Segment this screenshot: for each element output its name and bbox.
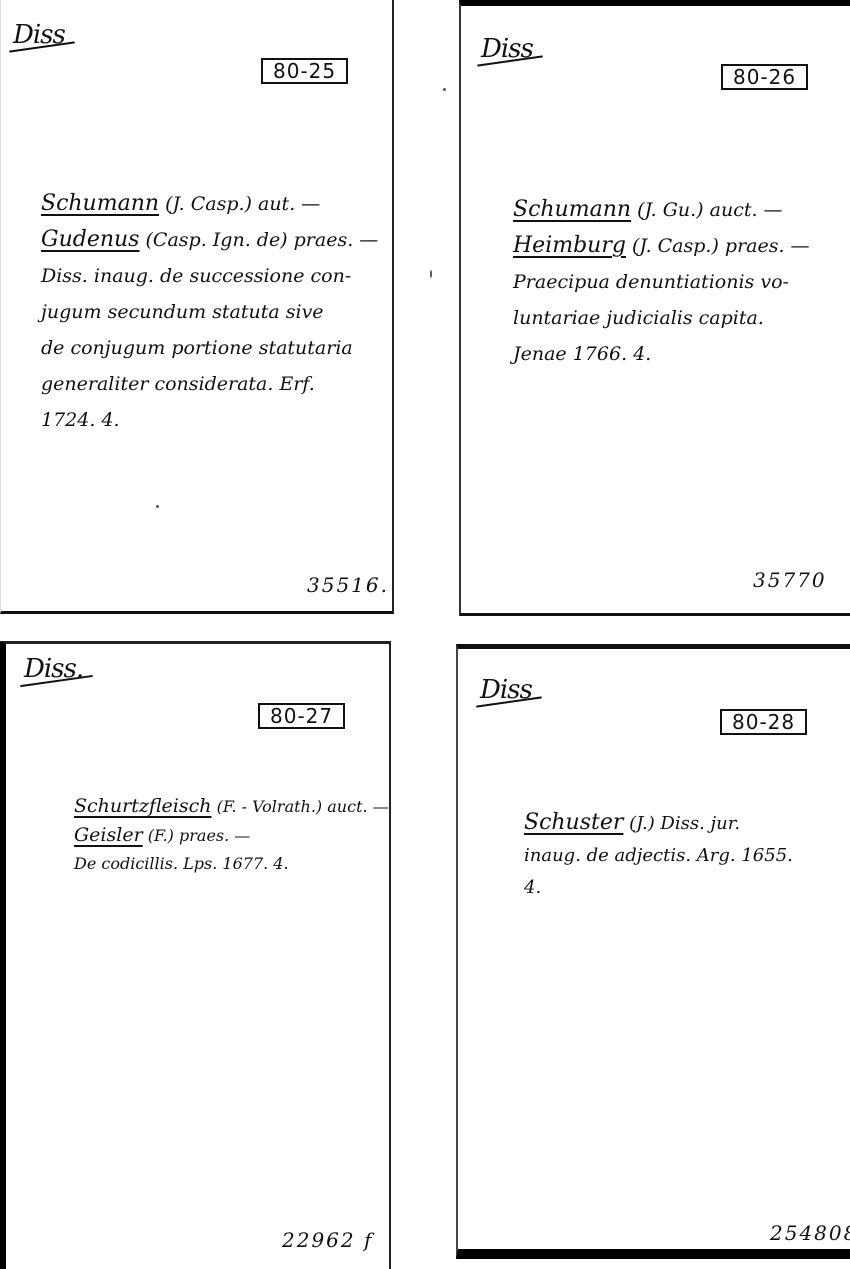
entry-line: Gudenus (Casp. Ign. de) praes. — — [41, 222, 378, 258]
catalog-card: Diss. 80-27 Schurtzfleisch (F. - Volrath… — [0, 641, 391, 1269]
entry-line: de conjugum portione statutaria — [41, 330, 378, 366]
accession-number: 35516. — [307, 573, 389, 597]
catalog-card: Diss 80-25 Schumann (J. Casp.) aut. — Gu… — [0, 0, 394, 614]
catalog-entry: Schumann (J. Casp.) aut. — Gudenus (Casp… — [41, 186, 378, 438]
call-number: 80-28 — [720, 709, 807, 735]
paper-speck — [443, 88, 446, 91]
diss-label: Diss — [481, 34, 533, 64]
praeses-name: Heimburg — [513, 233, 626, 258]
praeses-name: Geisler — [74, 824, 143, 846]
paper-speck — [430, 270, 432, 278]
author-name: Schumann — [513, 197, 631, 222]
entry-line: Schurtzfleisch (F. - Volrath.) auct. — — [74, 792, 389, 821]
diss-label: Diss — [13, 20, 65, 50]
entry-line: Schumann (J. Casp.) aut. — — [41, 186, 378, 222]
entry-line: Praecipua denuntiationis vo- — [513, 264, 810, 300]
entry-line: Jenae 1766. 4. — [513, 336, 810, 372]
entry-line: Schuster (J.) Diss. jur. — [524, 807, 793, 840]
accession-number: 35770 — [753, 568, 827, 592]
entry-line: inaug. de adjectis. Arg. 1655. — [524, 840, 793, 872]
entry-line: 4. — [524, 872, 793, 904]
call-number: 80-27 — [258, 703, 345, 729]
entry-line: Schumann (J. Gu.) auct. — — [513, 192, 810, 228]
diss-label: Diss. — [24, 654, 83, 684]
catalog-entry: Schumann (J. Gu.) auct. — Heimburg (J. C… — [513, 192, 810, 372]
author-name: Schumann — [41, 191, 159, 216]
entry-line: Geisler (F.) praes. — — [74, 821, 389, 850]
accession-number: 254808 — [770, 1221, 850, 1245]
entry-line: 1724. 4. — [41, 402, 378, 438]
catalog-entry: Schurtzfleisch (F. - Volrath.) auct. — G… — [74, 792, 389, 878]
catalog-card: Diss 80-28 Schuster (J.) Diss. jur. inau… — [456, 644, 850, 1259]
entry-line: generaliter considerata. Erf. — [41, 366, 378, 402]
diss-label: Diss — [480, 675, 532, 705]
call-number: 80-25 — [261, 58, 348, 84]
praeses-name: Gudenus — [41, 227, 139, 252]
entry-line: Diss. inaug. de successione con- — [41, 258, 378, 294]
call-number: 80-26 — [721, 64, 808, 90]
entry-line: Heimburg (J. Casp.) praes. — — [513, 228, 810, 264]
paper-speck — [156, 505, 159, 508]
author-name: Schuster — [524, 810, 623, 835]
entry-line: De codicillis. Lps. 1677. 4. — [74, 850, 389, 878]
author-name: Schurtzfleisch — [74, 795, 211, 817]
catalog-card: Diss 80-26 Schumann (J. Gu.) auct. — Hei… — [459, 0, 850, 616]
accession-number: 22962 f — [282, 1228, 373, 1252]
entry-line: luntariae judicialis capita. — [513, 300, 810, 336]
catalog-entry: Schuster (J.) Diss. jur. inaug. de adjec… — [524, 807, 793, 904]
entry-line: jugum secundum statuta sive — [41, 294, 378, 330]
